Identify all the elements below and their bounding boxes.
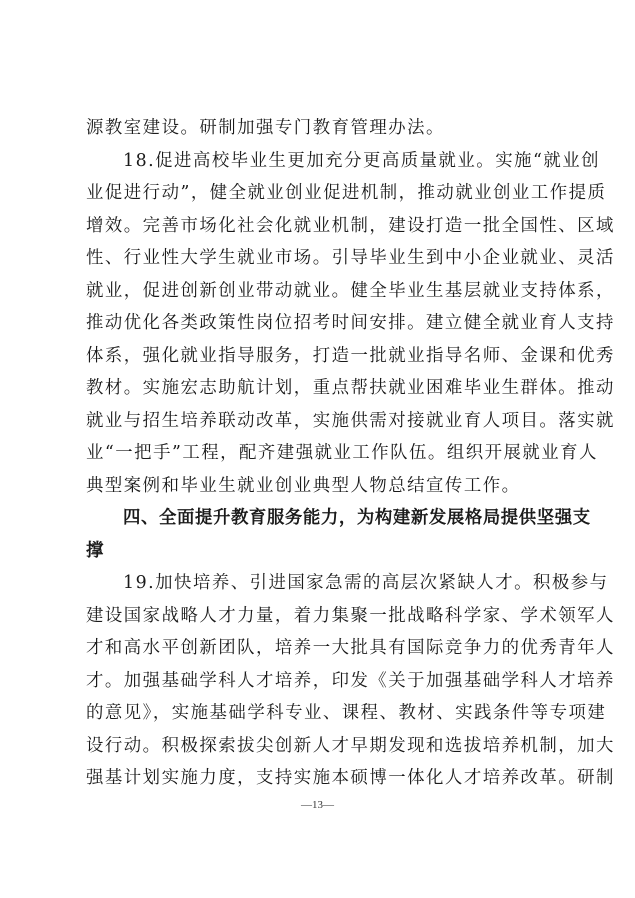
paragraph-19-line: 才。加强基础学科人才培养，印发《关于加强基础学科人才培养 (86, 665, 556, 698)
paragraph-19-line: 19.加快培养、引进国家急需的高层次紧缺人才。积极参与 (86, 567, 556, 600)
paragraph-19-line: 才和高水平创新团队，培养一大批具有国际竞争力的优秀青年人 (86, 632, 556, 665)
paragraph-19-line: 的意见》，实施基础学科专业、课程、教材、实践条件等专项建 (86, 697, 556, 730)
paragraph-19-line: 设行动。积极探索拔尖创新人才早期发现和选拔培养机制，加大 (86, 730, 556, 763)
paragraph-19-line: 强基计划实施力度，支持实施本硕博一体化人才培养改革。研制 (86, 762, 556, 795)
paragraph-18-line: 增效。完善市场化社会化就业机制，建设打造一批全国性、区域 (86, 210, 556, 243)
paragraph-18-line: 典型案例和毕业生就业创业典型人物总结宣传工作。 (86, 470, 556, 503)
paragraph-18-line: 教材。实施宏志助航计划，重点帮扶就业困难毕业生群体。推动 (86, 372, 556, 405)
paragraph-18-line: 就业，促进创新创业带动就业。健全毕业生基层就业支持体系， (86, 275, 556, 308)
document-page: 源教室建设。研制加强专门教育管理办法。 18.促进高校毕业生更加充分更高质量就业… (0, 0, 635, 898)
paragraph-18-line: 业促进行动”，健全就业创业促进机制，推动就业创业工作提质 (86, 177, 556, 210)
section-heading-tail: 撑 (86, 535, 556, 568)
paragraph-18-line: 业“一把手”工程，配齐建强就业工作队伍。组织开展就业育人 (86, 437, 556, 470)
document-body: 源教室建设。研制加强专门教育管理办法。 18.促进高校毕业生更加充分更高质量就业… (86, 112, 556, 795)
paragraph-19-line: 建设国家战略人才力量，着力集聚一批战略科学家、学术领军人 (86, 600, 556, 633)
paragraph-18-line: 性、行业性大学生就业市场。引导毕业生到中小企业就业、灵活 (86, 242, 556, 275)
section-heading: 四、全面提升教育服务能力，为构建新发展格局提供坚强支 (86, 502, 556, 535)
paragraph-18-line: 就业与招生培养联动改革，实施供需对接就业育人项目。落实就 (86, 405, 556, 438)
paragraph-18-line: 18.促进高校毕业生更加充分更高质量就业。实施“就业创 (86, 145, 556, 178)
page-number: —13— (0, 799, 635, 811)
paragraph-18-line: 推动优化各类政策性岗位招考时间安排。建立健全就业育人支持 (86, 307, 556, 340)
paragraph-17-tail: 源教室建设。研制加强专门教育管理办法。 (86, 112, 556, 145)
paragraph-18-line: 体系，强化就业指导服务，打造一批就业指导名师、金课和优秀 (86, 340, 556, 373)
